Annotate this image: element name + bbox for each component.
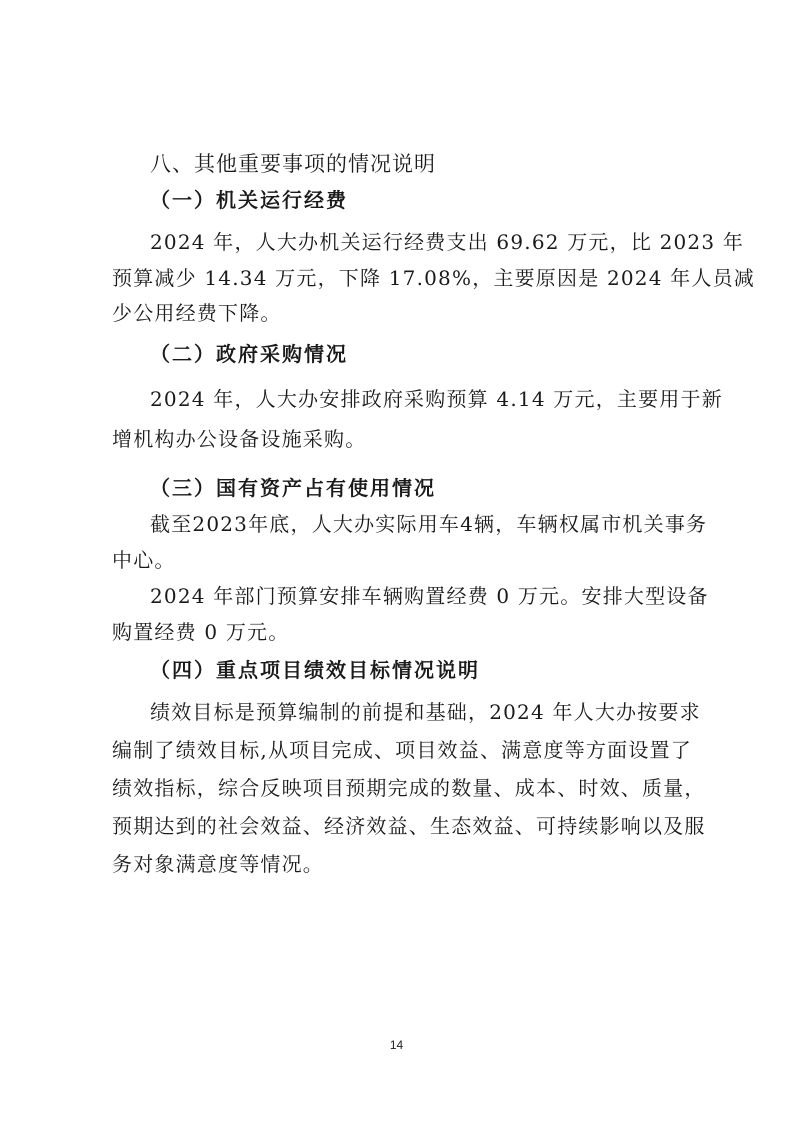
paragraph-line: 2024 年，人大办机关运行经费支出 69.62 万元，比 2023 年 xyxy=(150,228,702,256)
paragraph-line: 购置经费 0 万元。 xyxy=(112,618,702,646)
paragraph-line: 中心。 xyxy=(112,546,702,574)
paragraph-line: 2024 年部门预算安排车辆购置经费 0 万元。安排大型设备 xyxy=(150,582,702,610)
paragraph-line: 截至2023年底，人大办实际用车4辆，车辆权属市机关事务 xyxy=(150,510,702,538)
subsection-heading-3: （三）国有资产占有使用情况 xyxy=(150,474,702,502)
paragraph-line: 预算减少 14.34 万元，下降 17.08%，主要原因是 2024 年人员减 xyxy=(112,264,702,292)
paragraph-line: 编制了绩效目标,从项目完成、项目效益、满意度等方面设置了 xyxy=(112,736,702,764)
subsection-heading-1: （一）机关运行经费 xyxy=(150,186,702,214)
paragraph-line: 绩效指标，综合反映项目预期完成的数量、成本、时效、质量， xyxy=(112,774,702,802)
document-page: 八、其他重要事项的情况说明 （一）机关运行经费 2024 年，人大办机关运行经费… xyxy=(0,0,793,1122)
paragraph-line: 增机构办公设备设施采购。 xyxy=(112,425,702,453)
paragraph-line: 预期达到的社会效益、经济效益、生态效益、可持续影响以及服 xyxy=(112,812,702,840)
paragraph-line: 少公用经费下降。 xyxy=(112,299,702,327)
paragraph-line: 务对象满意度等情况。 xyxy=(112,850,702,878)
subsection-heading-4: （四）重点项目绩效目标情况说明 xyxy=(150,656,702,684)
page-number: 14 xyxy=(0,1038,793,1052)
paragraph-line: 2024 年，人大办安排政府采购预算 4.14 万元，主要用于新 xyxy=(150,385,702,413)
paragraph-line: 绩效目标是预算编制的前提和基础，2024 年人大办按要求 xyxy=(150,698,702,726)
subsection-heading-2: （二）政府采购情况 xyxy=(150,340,702,368)
section-title: 八、其他重要事项的情况说明 xyxy=(150,150,702,178)
